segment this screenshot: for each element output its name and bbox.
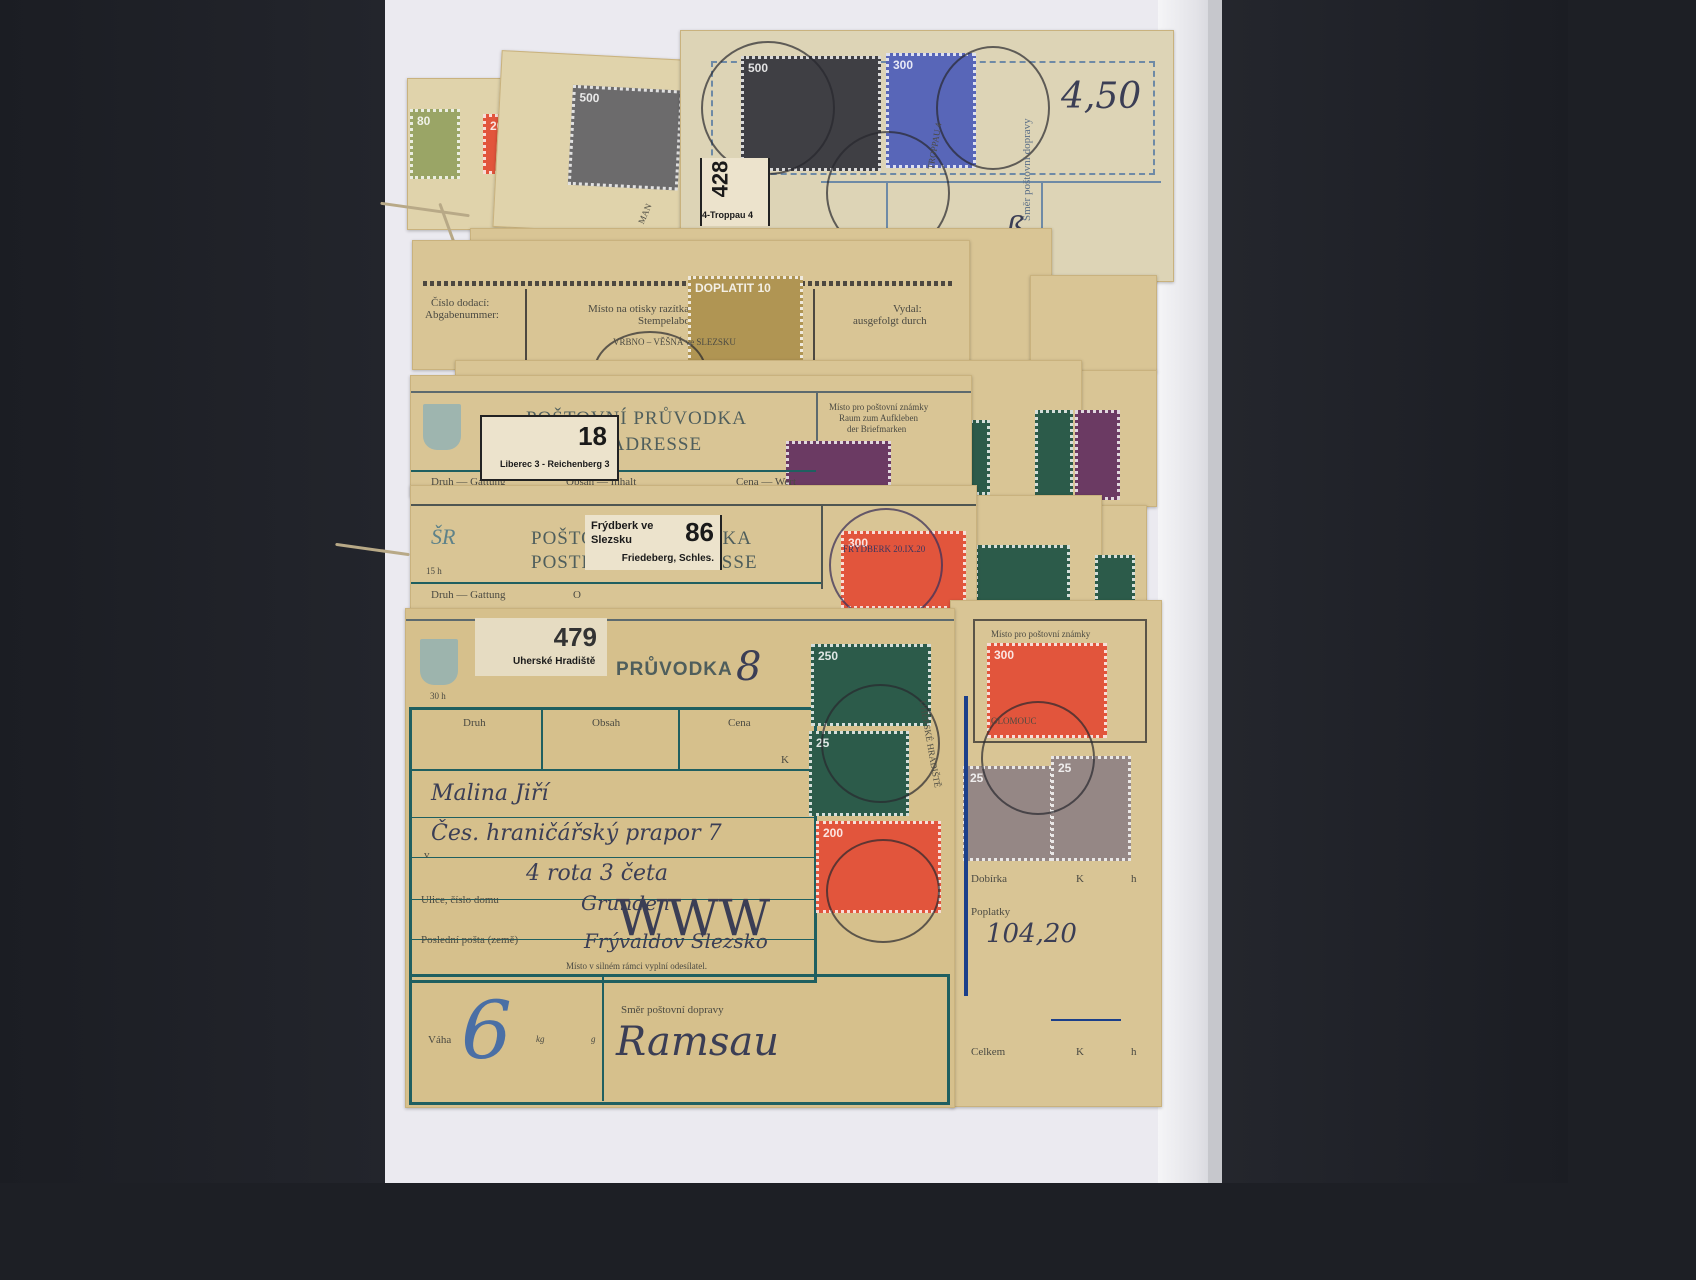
coat-of-arms-icon	[420, 639, 458, 685]
form-line	[409, 817, 814, 818]
field-label: Celkem	[971, 1046, 1005, 1058]
card-back	[1030, 275, 1157, 372]
column-header: Cena	[728, 717, 751, 729]
card-title: PRŮVODKA	[616, 659, 733, 681]
monogram-icon: ŠR	[431, 524, 455, 550]
form-line	[409, 857, 814, 858]
stamp-box-label: der Briefmarken	[847, 424, 906, 434]
postage-due-stamp: DOPLATIT 10	[688, 276, 803, 366]
stamp-box-label: Raum zum Aufkleben	[839, 413, 918, 423]
address-line: Malina Jiří	[431, 781, 548, 806]
column-header: Druh	[463, 717, 486, 729]
card-479: 30 h PRŮVODKA 8 Druh Obsah Cena K Malina…	[405, 608, 955, 1108]
field-label: Poslední pošta (země)	[421, 934, 518, 946]
field-unit: h	[1131, 1046, 1137, 1058]
postmark	[826, 839, 940, 943]
field-label: Číslo dodací:	[431, 297, 489, 309]
column-currency: K	[781, 754, 789, 766]
label-479: 479 Uherské Hradiště	[475, 618, 607, 676]
card-delivery: Číslo dodací: Abgabenummer: Místo na oti…	[412, 240, 970, 370]
form-line	[821, 504, 823, 589]
field-label: Poplatky	[971, 906, 1010, 918]
column-header: Druh — Gattung	[431, 589, 506, 601]
stamp: 80	[410, 109, 460, 179]
label-428: 428 4-Troppau 4	[700, 158, 770, 226]
coat-of-arms-icon	[423, 404, 461, 450]
stamp-box-label: Místo pro poštovní známky	[991, 629, 1090, 639]
stamp-box-label: Místo pro poštovní známky	[829, 402, 928, 412]
field-label: Abgabenummer:	[425, 309, 499, 321]
postmark-text: FRÝDBERK 20.IX.20	[843, 544, 925, 554]
card-right-bottom: Místo pro poštovní známky 300 25 25 OLOM…	[950, 600, 1162, 1107]
field-unit: g	[591, 1034, 596, 1044]
column-header: Obsah	[592, 717, 620, 729]
field-value: Ramsau	[616, 1019, 779, 1065]
postmark-text: VRBNO – VĚŠNÁ ve SLEZSKU	[613, 337, 736, 347]
form-line	[1051, 1019, 1121, 1021]
dark-background-right	[1222, 0, 1568, 1183]
label-number: 428	[707, 161, 733, 198]
stamp	[1035, 410, 1073, 500]
field-value: Frývaldov Slezsko	[584, 929, 768, 953]
field-currency: K	[1076, 873, 1084, 885]
field-currency: K	[1076, 1046, 1084, 1058]
label-number: 86	[685, 517, 714, 548]
stamp	[975, 545, 1070, 605]
label-86: Frýdberk ve Slezsku 86 Friedeberg, Schle…	[585, 515, 722, 570]
field-label: Váha	[428, 1034, 451, 1046]
form-line	[602, 976, 604, 1101]
stamp: 500	[568, 85, 683, 191]
form-line	[411, 504, 976, 506]
field-label: Dobírka	[971, 873, 1007, 885]
field-unit: h	[1131, 873, 1137, 885]
form-line	[409, 769, 814, 771]
label-place: 4-Troppau 4	[702, 210, 753, 220]
postmark-text: OLOMOUC	[991, 716, 1037, 726]
card-price: 30 h	[430, 691, 446, 701]
field-label: ausgefolgt durch	[853, 315, 927, 327]
form-line	[411, 582, 821, 584]
label-place: Uherské Hradiště	[513, 656, 595, 667]
dark-background-left	[0, 0, 385, 1183]
stamp	[1095, 555, 1135, 605]
label-place-cz: Frýdberk ve Slezsku	[591, 519, 661, 547]
vertical-label: Směr poštovní dopravy	[1021, 118, 1033, 221]
address-line: 4 rota 3 četa	[526, 861, 668, 886]
form-line	[541, 709, 543, 769]
form-line	[964, 696, 968, 996]
label-place-de: Friedeberg, Schles.	[622, 553, 714, 564]
label-place: Liberec 3 - Reichenberg 3	[500, 459, 610, 469]
label-18: 18 Liberec 3 - Reichenberg 3	[480, 415, 619, 481]
postmark	[829, 508, 943, 622]
handwritten-fee: 104,20	[986, 919, 1077, 949]
field-label: Místo na otisky razítka.	[588, 303, 692, 315]
form-line	[411, 391, 971, 393]
postmark-fragment: MAN	[636, 202, 653, 225]
field-label: v	[424, 849, 430, 861]
stamp	[1075, 410, 1120, 500]
card-top-left: 500 MAN	[492, 50, 693, 237]
handwritten-number: 8	[736, 644, 761, 690]
card-price: 15 h	[426, 566, 442, 576]
field-label: Směr poštovní dopravy	[621, 1004, 724, 1016]
field-label: Ulice, číslo domu	[421, 894, 499, 906]
album-strip	[1208, 0, 1222, 1183]
handwritten-weight: 6	[461, 984, 512, 1077]
postmark	[701, 41, 835, 175]
field-label: Vydal:	[893, 303, 922, 315]
handwritten-amount: 4,50	[1061, 76, 1141, 117]
form-line	[678, 709, 680, 769]
form-note: Místo v silném rámci vyplní odesílatel.	[566, 961, 707, 971]
address-line: Čes. hraničářský prapor 7	[431, 821, 722, 846]
label-number: 18	[578, 421, 607, 452]
field-unit: kg	[536, 1034, 545, 1044]
label-number: 479	[554, 622, 597, 653]
column-header: O	[573, 589, 581, 601]
form-line	[813, 289, 815, 369]
form-line	[525, 289, 527, 369]
